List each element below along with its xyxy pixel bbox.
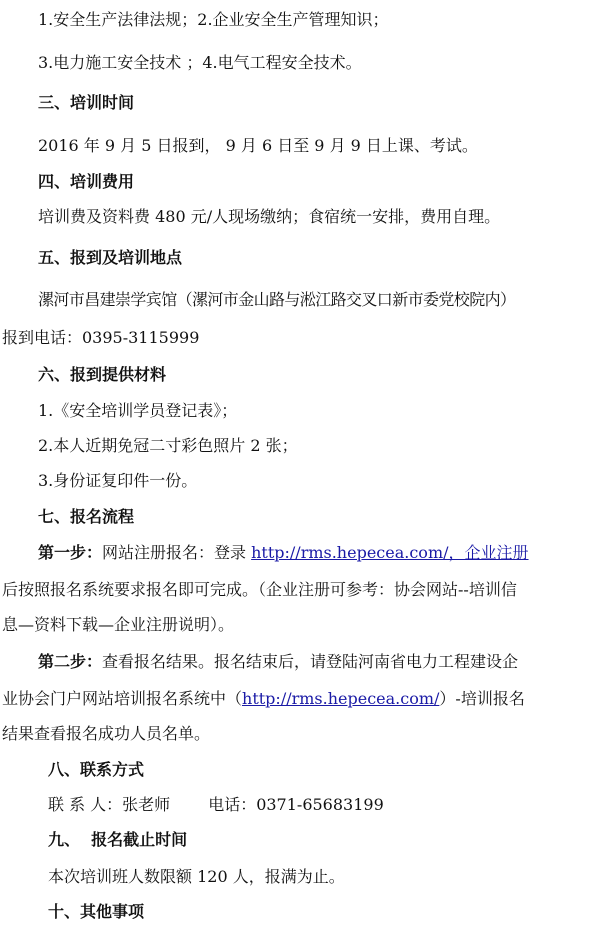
- section-4-heading: 四、培训费用: [38, 172, 134, 192]
- step-2-line-2: 业协会门户网站培训报名系统中（http://rms.hepecea.com/）-…: [2, 689, 525, 709]
- contact-line: 联 系 人：张老师电话：0371-65683199: [48, 795, 384, 815]
- material-item-2: 2.本人近期免冠二寸彩色照片 2 张；: [38, 436, 298, 456]
- contact-person: 联 系 人：张老师: [48, 795, 170, 814]
- step-1-line-3: 息—资料下载—企业注册说明）。: [2, 615, 234, 635]
- section-10-heading: 十、其他事项: [48, 902, 144, 922]
- section-8-heading: 八、联系方式: [48, 760, 144, 780]
- training-content-line-2: 3.电力施工安全技术 ；4.电气工程安全技术。: [38, 53, 362, 73]
- section-9-heading: 九、 报名截止时间: [48, 830, 187, 850]
- section-7-heading: 七、报名流程: [38, 507, 134, 527]
- step-2-line-3: 结果查看报名成功人员名单。: [2, 724, 210, 744]
- step-1-label: 第一步：: [38, 543, 102, 562]
- section-5-phone: 报到电话：0395-3115999: [2, 328, 199, 348]
- step-1-line-2: 后按照报名系统要求报名即可完成。（企业注册可参考：协会网站--培训信: [2, 580, 517, 600]
- material-item-3: 3.身份证复印件一份。: [38, 471, 197, 491]
- step-2-text-b: ）-培训报名: [439, 689, 524, 708]
- step-1-line-1: 第一步：网站注册报名：登录 http://rms.hepecea.com/，企业…: [38, 543, 529, 563]
- section-9-text: 本次培训班人数限额 120 人，报满为止。: [48, 867, 345, 887]
- step-2-label: 第二步：: [38, 652, 102, 671]
- section-3-heading: 三、培训时间: [38, 93, 134, 113]
- training-content-line-1: 1.安全生产法律法规；2.企业安全生产管理知识；: [38, 10, 389, 30]
- step-2-text-a: 业协会门户网站培训报名系统中（: [2, 689, 242, 708]
- section-5-address: 漯河市昌建崇学宾馆（漯河市金山路与淞江路交叉口新市委党校院内）: [38, 290, 515, 310]
- contact-phone: 电话：0371-65683199: [208, 795, 384, 814]
- step-1-text: 网站注册报名：登录: [102, 543, 251, 562]
- results-link[interactable]: http://rms.hepecea.com/: [242, 689, 439, 708]
- section-4-text: 培训费及资料费 480 元/人现场缴纳；食宿统一安排，费用自理。: [38, 207, 500, 227]
- section-6-heading: 六、报到提供材料: [38, 365, 166, 385]
- section-3-text: 2016 年 9 月 5 日报到， 9 月 6 日至 9 月 9 日上课、考试。: [38, 136, 478, 156]
- step-2-line-1: 第二步：查看报名结果。报名结束后，请登陆河南省电力工程建设企: [38, 652, 518, 672]
- step-2-text: 查看报名结果。报名结束后，请登陆河南省电力工程建设企: [102, 652, 518, 671]
- material-item-1: 1.《安全培训学员登记表》；: [38, 401, 237, 421]
- section-5-heading: 五、报到及培训地点: [38, 248, 182, 268]
- registration-link[interactable]: http://rms.hepecea.com/，企业注册: [251, 543, 528, 562]
